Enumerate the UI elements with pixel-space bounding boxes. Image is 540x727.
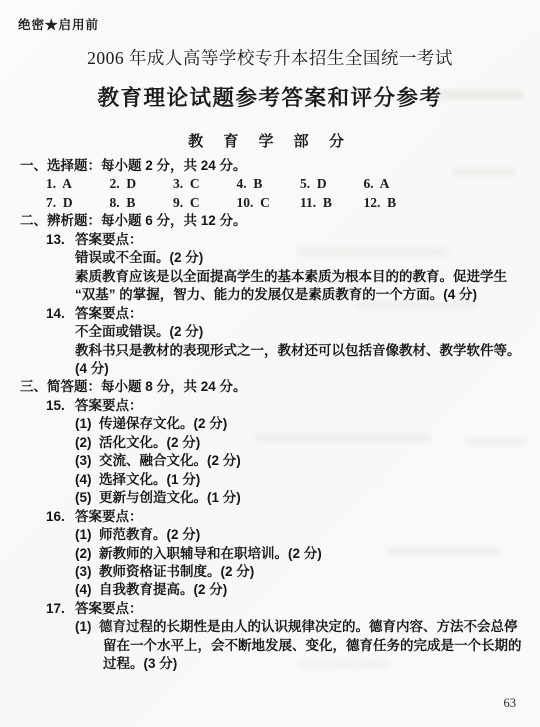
question-number: 14. [46, 305, 75, 323]
answer-line: 留在一个水平上，会不断地发展、变化，德育任务的完成是一个长期的 [20, 637, 528, 655]
choice-answer: 12. B [364, 194, 428, 212]
answer-line: (1) 德育过程的长期性是由人的认识规律决定的。德育内容、方法不会总停 [20, 618, 528, 636]
choice-answer: 2. D [110, 175, 174, 193]
document-body: 一、选择题：每小题 2 分，共 24 分。 1. A 2. D 3. C 4. … [20, 157, 528, 674]
choice-answer: 4. B [237, 175, 301, 193]
choice-answer: 11. B [300, 194, 364, 212]
choice-answers-row-1: 1. A 2. D 3. C 4. B 5. D 6. A [20, 175, 528, 193]
question-14-label-line: 14. 答案要点： [20, 305, 528, 323]
question-number: 13. [46, 231, 75, 249]
answer-item: (5) 更新与创造文化。(1 分) [20, 489, 528, 507]
question-15-label-line: 15. 答案要点： [20, 397, 528, 415]
question-number: 16. [46, 508, 75, 526]
choice-answer: 3. C [173, 175, 237, 193]
answer-item: (2) 新教师的入职辅导和在职培训。(2 分) [20, 545, 528, 563]
answer-item: (2) 活化文化。(2 分) [20, 434, 528, 452]
question-number: 15. [46, 397, 75, 415]
choice-answer: 7. D [46, 194, 110, 212]
question-17-label-line: 17. 答案要点： [20, 600, 528, 618]
section-3-heading: 三、简答题：每小题 8 分，共 24 分。 [20, 378, 528, 396]
page-number: 63 [504, 696, 517, 711]
section-2-heading: 二、辨析题：每小题 6 分，共 12 分。 [20, 212, 528, 230]
answer-line: “双基” 的掌握，智力、能力的发展仅是素质教育的一个方面。(4 分) [20, 286, 528, 304]
question-13-label-line: 13. 答案要点： [20, 231, 528, 249]
answer-points-label: 答案要点： [75, 397, 143, 415]
answer-item: (4) 自我教育提高。(2 分) [20, 581, 528, 599]
answer-line: (4 分) [20, 360, 528, 378]
answer-item: (1) 传递保存文化。(2 分) [20, 415, 528, 433]
question-16-label-line: 16. 答案要点： [20, 508, 528, 526]
answer-line: 素质教育应该是以全面提高学生的基本素质为根本目的的教育。促进学生 [20, 268, 528, 286]
secrecy-label: 绝密★启用前 [18, 15, 99, 33]
choice-answer: 9. C [173, 194, 237, 212]
choice-answers-row-2: 7. D 8. B 9. C 10. C 11. B 12. B [20, 194, 528, 212]
answer-line: 过程。(3 分) [20, 655, 528, 673]
answer-item: (4) 选择文化。(1 分) [20, 471, 528, 489]
answer-points-label: 答案要点： [75, 600, 143, 618]
answer-line: 不全面或错误。(2 分) [20, 323, 528, 341]
answer-key-title: 教育理论试题参考答案和评分参考 [0, 81, 540, 112]
choice-answer: 1. A [46, 175, 110, 193]
choice-answer: 6. A [364, 175, 428, 193]
part-heading: 教 育 学 部 分 [0, 130, 540, 151]
answer-line: 错误或不全面。(2 分) [20, 249, 528, 267]
answer-item: (3) 交流、融合文化。(2 分) [20, 452, 528, 470]
answer-item: (1) 师范教育。(2 分) [20, 526, 528, 544]
exam-title: 2006 年成人高等学校专升本招生全国统一考试 [0, 45, 540, 70]
question-number: 17. [46, 600, 75, 618]
choice-answer: 10. C [237, 194, 301, 212]
scanned-answer-key-page: 绝密★启用前 2006 年成人高等学校专升本招生全国统一考试 教育理论试题参考答… [0, 0, 540, 727]
answer-points-label: 答案要点： [75, 231, 143, 249]
answer-line: 教科书只是教材的表现形式之一，教材还可以包括音像教材、教学软件等。 [20, 342, 528, 360]
answer-item: (3) 教师资格证书制度。(2 分) [20, 563, 528, 581]
section-1-heading: 一、选择题：每小题 2 分，共 24 分。 [20, 157, 528, 175]
choice-answer: 8. B [110, 194, 174, 212]
answer-points-label: 答案要点： [75, 508, 143, 526]
answer-points-label: 答案要点： [75, 305, 143, 323]
choice-answer: 5. D [300, 175, 364, 193]
